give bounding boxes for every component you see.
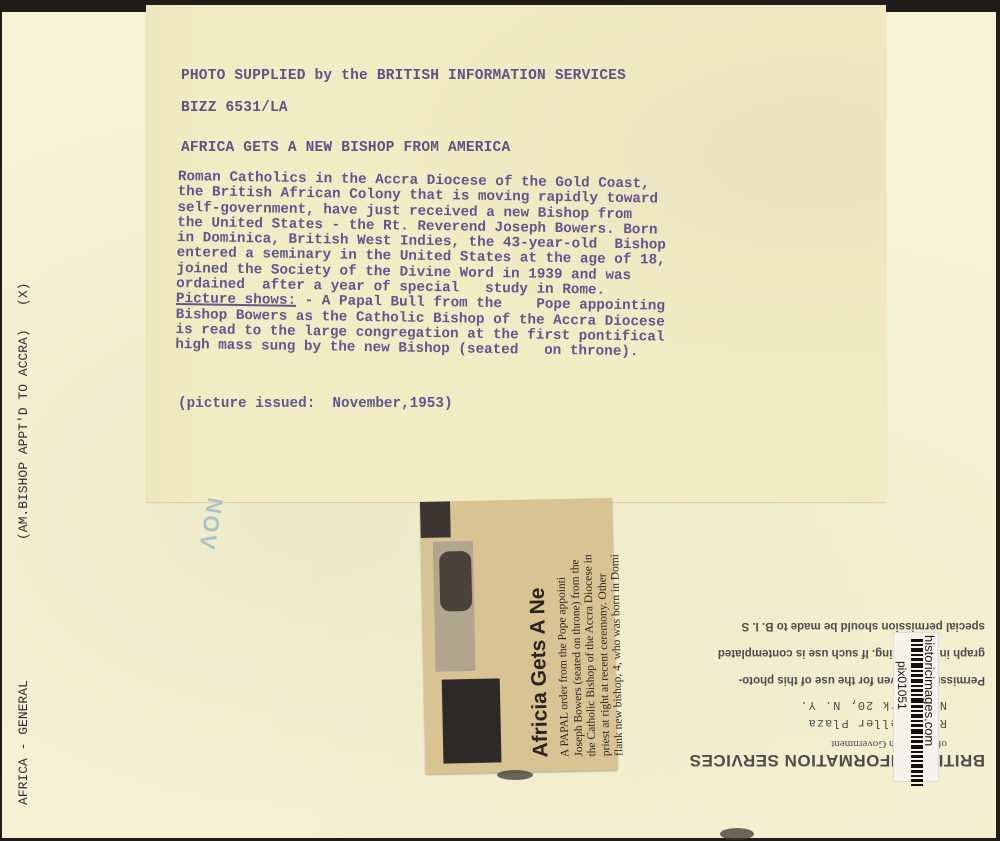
barcode-sticker: historicimages.com pix01051 <box>893 632 939 782</box>
ink-smudge <box>497 770 533 780</box>
barcode-id: pix01051 <box>895 661 909 710</box>
clipping-photo <box>420 501 451 538</box>
category-label: AFRICA - GENERAL <box>16 680 31 805</box>
clipping-text: Africia Gets A Ne A PAPAL order from the… <box>524 496 619 758</box>
permission-line: Permission is given for the use of this … <box>735 671 985 688</box>
permission-line: graph in advertising. If such use is con… <box>735 644 985 661</box>
bis-ownership-stamp: BRITISH INFORMATION SERVICES of the Brit… <box>735 595 985 770</box>
caption-headline: AFRICA GETS A NEW BISHOP FROM AMERICA <box>181 140 510 156</box>
clipping-figure <box>439 551 472 612</box>
issue-date: (picture issued: November,1953) <box>178 396 453 412</box>
caption-body: Roman Catholics in the Accra Diocese of … <box>175 170 778 363</box>
bis-title: BRITISH INFORMATION SERVICES <box>735 750 985 770</box>
reference-number: BIZZ 6531/LA <box>181 100 288 116</box>
permission-line: special permission should be made to B. … <box>735 617 985 634</box>
caption-code: (AM.BISHOP APPT'D TO ACCRA) (X) <box>16 283 31 540</box>
newspaper-clipping: Africia Gets A Ne A PAPAL order from the… <box>420 498 618 774</box>
supplier-line: PHOTO SUPPLIED by the BRITISH INFORMATIO… <box>181 68 626 84</box>
clipping-photo <box>442 678 502 763</box>
clipping-headline: Africia Gets A Ne <box>524 497 553 757</box>
barcode-site: historicimages.com <box>922 635 937 746</box>
ink-smudge <box>720 828 754 840</box>
